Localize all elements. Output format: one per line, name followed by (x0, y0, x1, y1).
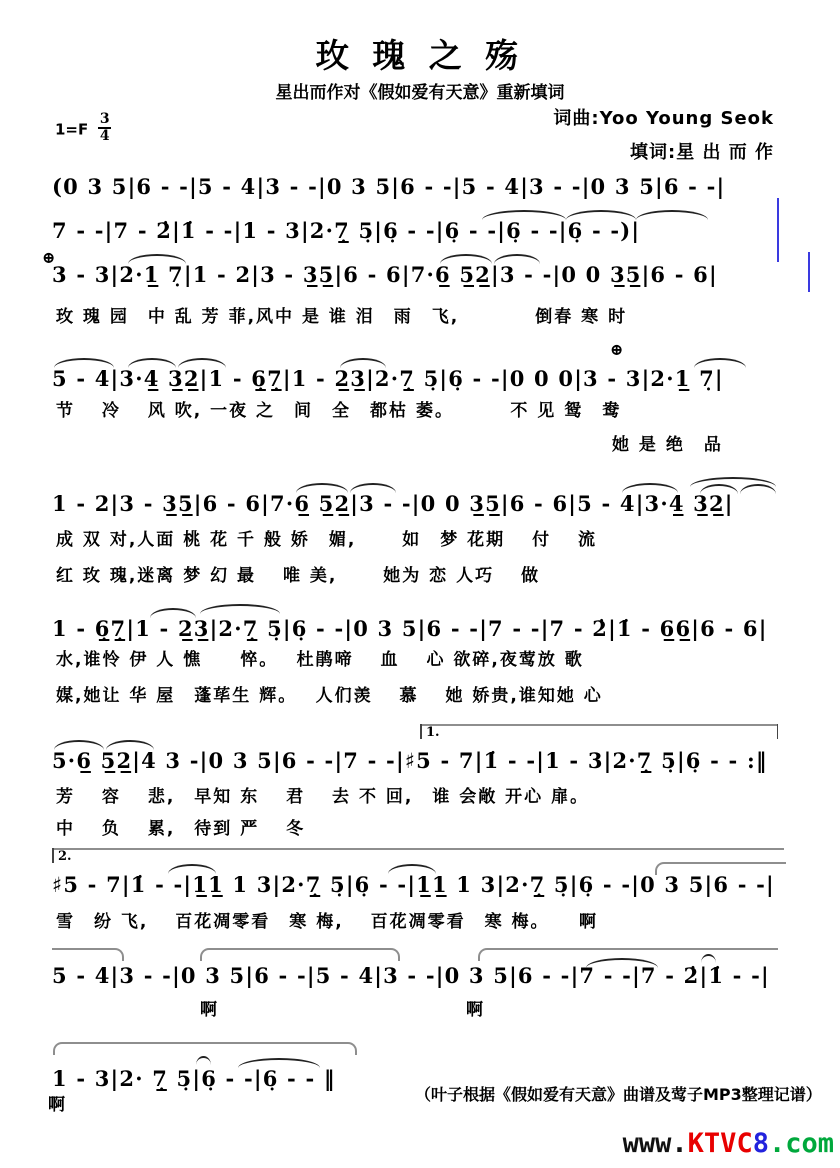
melisma-slur (655, 862, 786, 875)
tie-arc (238, 1058, 320, 1068)
slur-arc (168, 864, 216, 874)
time-denominator: 4 (100, 128, 110, 144)
ktvc8-watermark: www.KTVC8.com (623, 1128, 834, 1159)
slur-arc (54, 358, 114, 368)
slur-arc (54, 740, 104, 750)
melisma-slur (52, 948, 124, 961)
music-system: 1 - 2|3 - 3̲5̲|6 - 6|7·6̲ 5̲2̲|3 - -|0 0… (52, 491, 734, 516)
lyric-line: 水,谁怜 伊 人 憔 悴。 杜鹃啼 血 心 欲碎,夜莺放 歌 (56, 645, 584, 670)
volta-left-tick (420, 724, 422, 739)
key-signature: 1=F34 (55, 115, 111, 145)
melisma-slur (200, 948, 400, 961)
composer-credit: 词曲:Yoo Young Seok (553, 104, 774, 130)
watermark-www: www. (623, 1128, 688, 1159)
tie-arc (566, 210, 636, 220)
slur-arc (128, 254, 186, 264)
time-signature: 34 (98, 113, 111, 143)
slur-arc (694, 358, 746, 368)
watermark-ktvc: KTVC (688, 1128, 753, 1159)
volta-label: 1. (426, 725, 440, 740)
slur-arc (440, 254, 492, 264)
coda-mark-icon: ⊕ (610, 340, 623, 359)
slur-arc (150, 608, 196, 618)
lyric-line: 红 玫 瑰,迷离 梦 幻 最 唯 美, 她为 恋 人巧 做 (56, 561, 540, 586)
lyric-line: 芳 容 悲, 早知 东 君 去 不 回, 谁 会敞 开心 扉。 (56, 782, 589, 807)
slur-arc (200, 604, 280, 614)
scan-artifact-line (808, 252, 810, 292)
watermark-com: .com (769, 1128, 834, 1159)
tie-arc (636, 210, 708, 220)
slur-arc (178, 358, 226, 368)
slur-arc (622, 483, 678, 493)
volta-left-tick (52, 848, 54, 863)
volta-label: 2. (58, 849, 72, 864)
music-system: 1 - 3|2· 7̣̲ 5̣|6̣ - -|6̣ - - ‖ (52, 1066, 336, 1091)
music-system: (0 3 5|6 - -|5 - 4|3 - -|0 3 5|6 - -|5 -… (52, 174, 725, 199)
key-label: 1=F (55, 120, 88, 138)
slur-arc (106, 740, 154, 750)
lyric-line: 啊 (48, 1090, 67, 1115)
music-system: 1 - 6̣̲7̣̲|1 - 2̲3̲|2·7̣̲ 5̣|6̣ - -|0 3 … (52, 616, 768, 641)
watermark-8: 8 (753, 1128, 769, 1159)
transcription-note: （叶子根据《假如爱有天意》曲谱及莺子MP3整理记谱） (415, 1082, 822, 1105)
slur-arc (350, 483, 396, 493)
lyric-line: 啊 (466, 995, 485, 1020)
slur-arc (494, 254, 540, 264)
music-system: 5·6̲ 5̲2̲|4 3 -|0 3 5|6 - -|7 - -|♯5 - 7… (52, 748, 768, 773)
music-system: 3 - 3|2·1̲ 7̣|1 - 2|3 - 3̲5̲|6 - 6|7·6̲ … (52, 262, 718, 287)
tie-arc (482, 210, 566, 220)
lyric-line: 啊 (200, 995, 219, 1020)
lyric-line: 雪 纷 飞, 百花凋零看 寒 梅, 百花凋零看 寒 梅。 啊 (56, 907, 598, 932)
volta-right-tick (777, 724, 779, 739)
subtitle: 星出而作对《假如爱有天意》重新填词 (0, 78, 840, 103)
slur-arc (128, 358, 176, 368)
song-title: 玫 瑰 之 殇 (0, 30, 840, 77)
first-ending-bracket: 1. (420, 724, 778, 741)
lyric-line: 媒,她让 华 屋 蓬荜生 辉。 人们羡 慕 她 娇贵,谁知她 心 (56, 681, 603, 706)
lyricist-credit: 填词:星 出 而 作 (630, 138, 774, 164)
melisma-slur (53, 1042, 357, 1055)
music-system: 5 - 4|3·4̲ 3̲2̲|1 - 6̣̲7̣̲|1 - 2̲3̲|2·7̣… (52, 366, 724, 391)
lyric-line: 中 负 累, 待到 严 冬 (56, 814, 305, 839)
lyric-line: 成 双 对,人面 桃 花 千 般 娇 媚, 如 梦 花期 付 流 (56, 525, 597, 550)
scan-artifact-line (777, 198, 779, 262)
slur-arc (388, 864, 436, 874)
time-numerator: 3 (100, 111, 110, 127)
lyric-line: 节 冷 风 吹, 一夜 之 间 全 都枯 萎。 不 见 鸳 鸯 (56, 396, 621, 421)
sheet-music-page: 玫 瑰 之 殇 星出而作对《假如爱有天意》重新填词 1=F34 词曲:Yoo Y… (0, 0, 840, 1168)
slur-arc (296, 483, 348, 493)
slur-arc (340, 358, 386, 368)
lyric-line: 她 是 绝 品 (612, 430, 723, 455)
lyric-line: 玫 瑰 园 中 乱 芳 菲,风中 是 谁 泪 雨 飞, 倒春 寒 时 (56, 302, 627, 327)
music-system: ♯5 - 7|1̇ - -|1̲1̲ 1 3|2·7̣̲ 5̣|6̣ - -|1… (52, 872, 775, 897)
music-system: 5 - 4|3 - -|0 3 5|6 - -|5 - 4|3 - -|0 3 … (52, 963, 770, 988)
fermata-arc (196, 1056, 211, 1065)
music-system: 7 - -|7 - 2̇|1̇ - -|1 - 3|2·7̣̲ 5̣|6̣ - … (52, 218, 640, 243)
